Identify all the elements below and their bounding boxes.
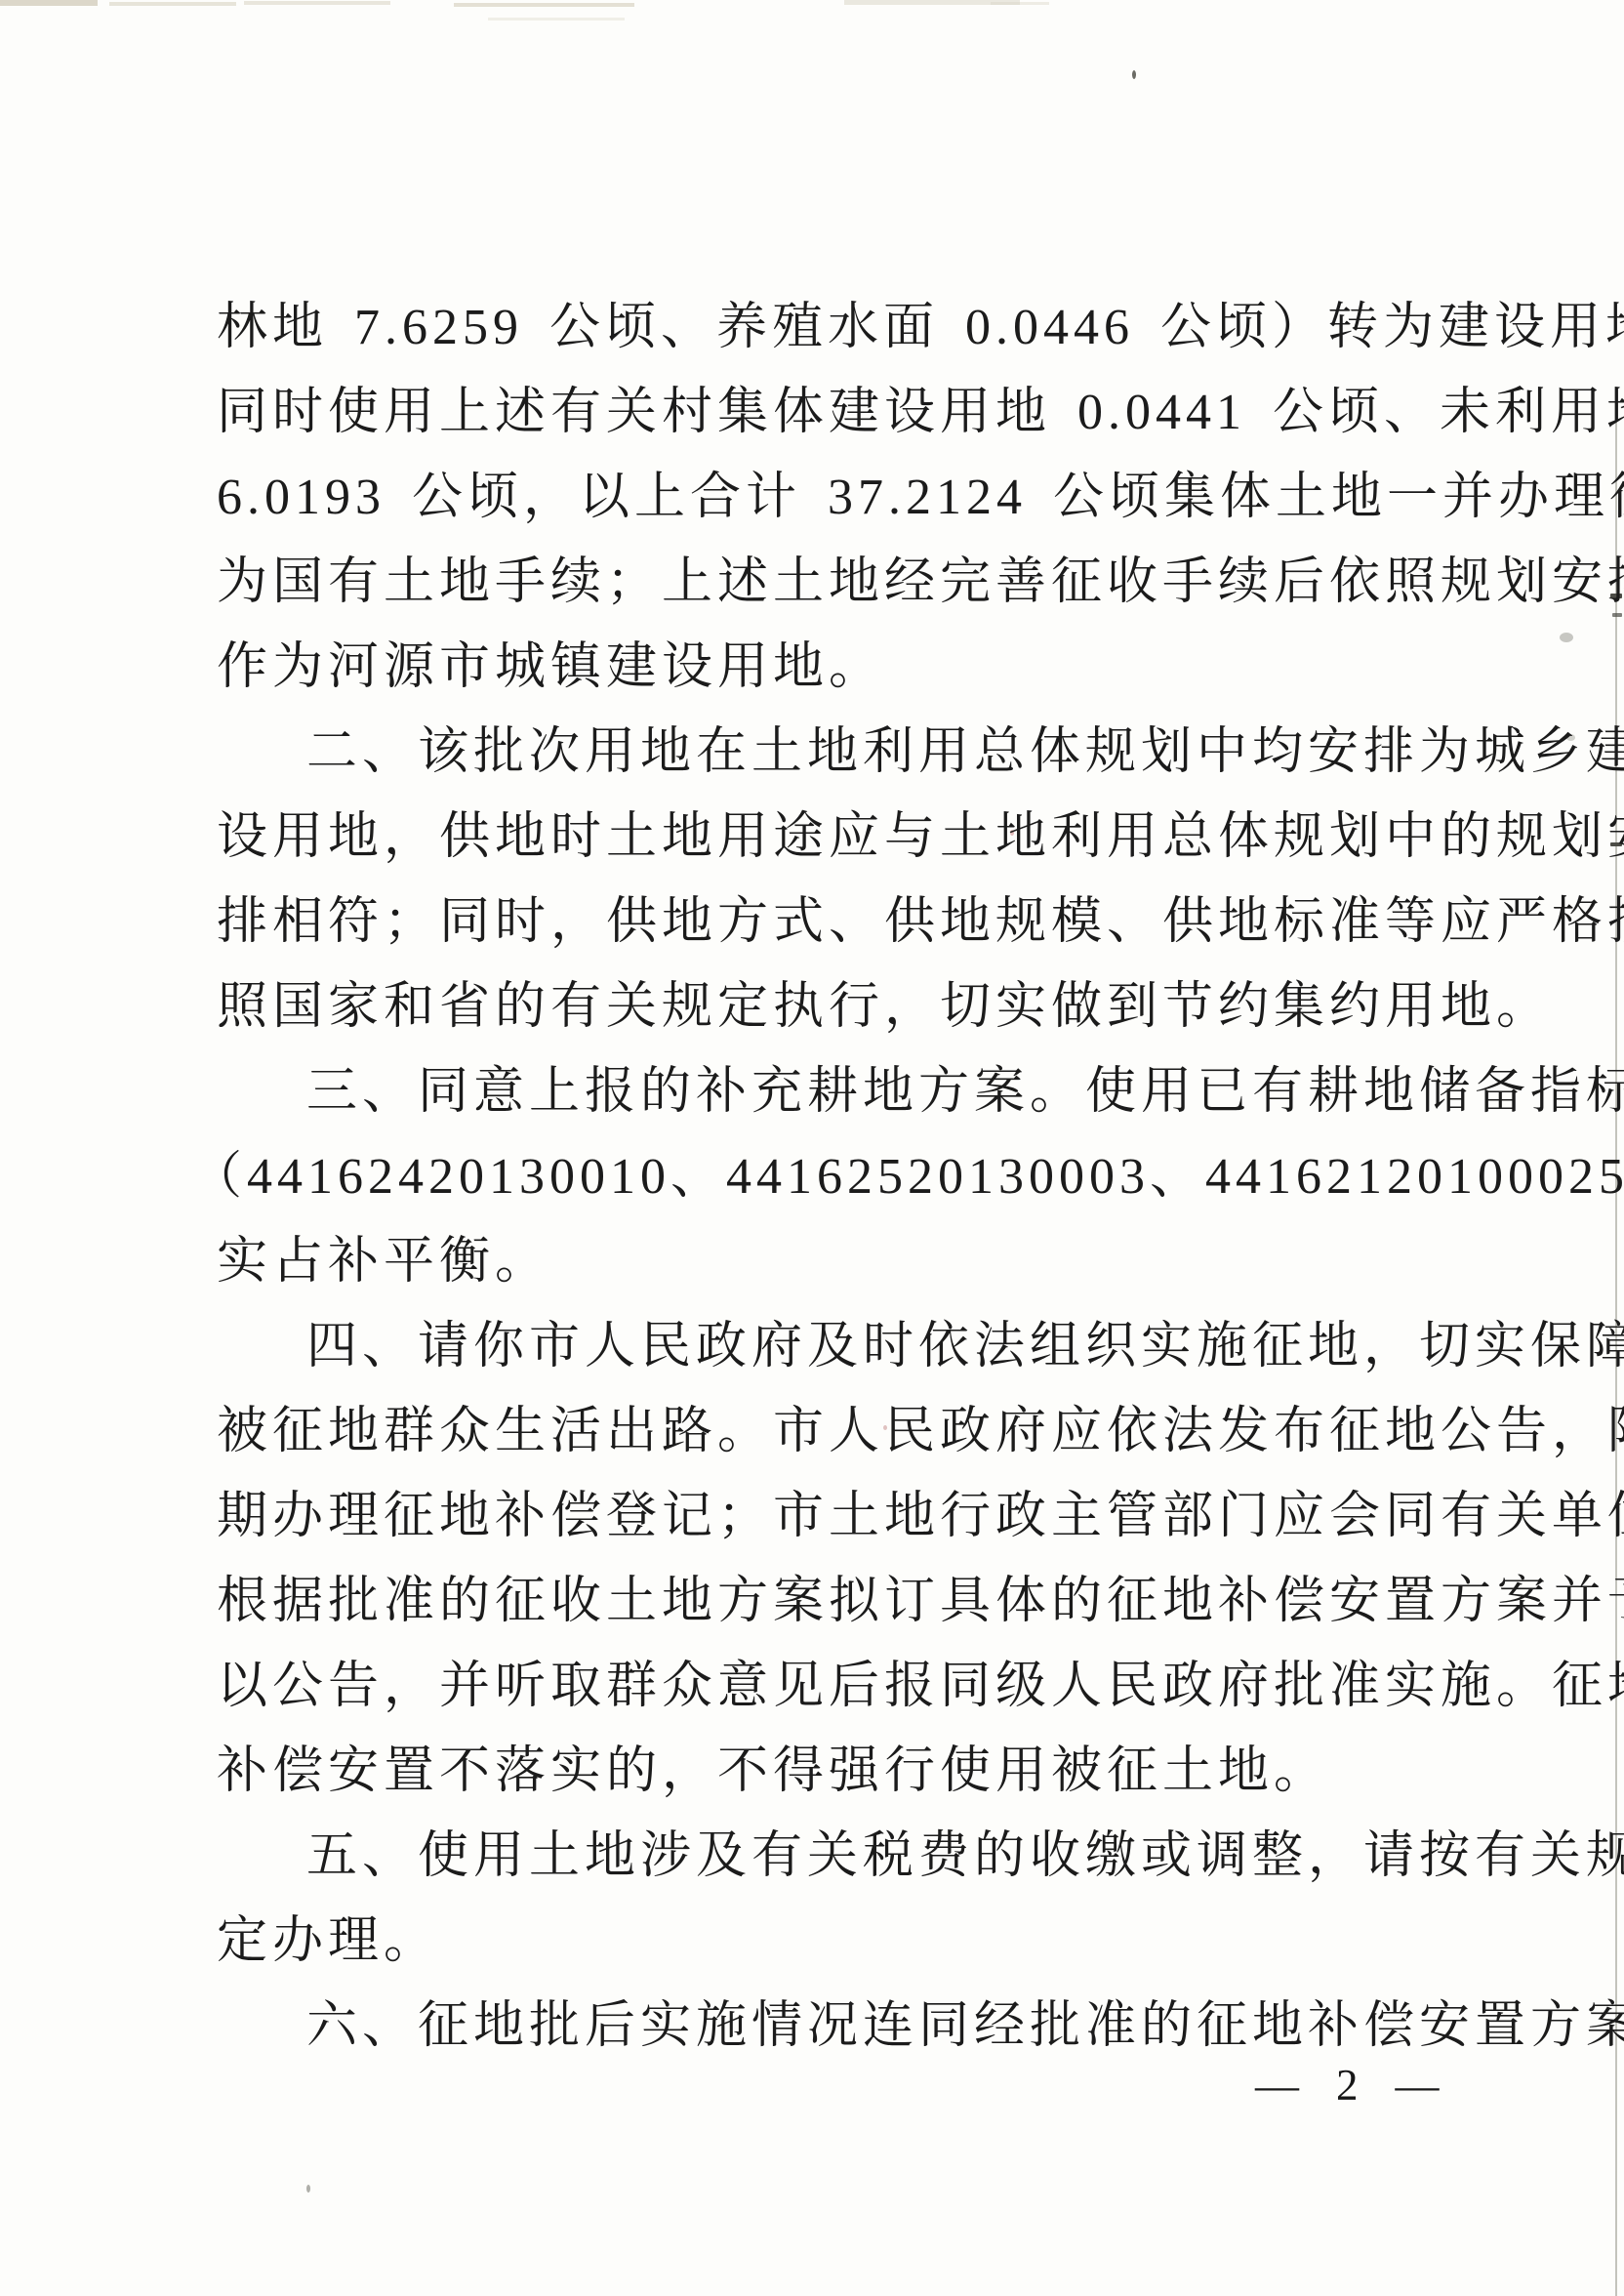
document-line: 定办理。 — [217, 1899, 1437, 1984]
document-line: 设用地，供地时土地用途应与土地利用总体规划中的规划安 — [217, 795, 1437, 880]
document-line: 六、征地批后实施情况连同经批准的征地补偿安置方案 — [217, 1984, 1437, 2069]
footer-dash-left: — — [1255, 2060, 1299, 2111]
document-line: 五、使用土地涉及有关税费的收缴或调整，请按有关规 — [217, 1814, 1437, 1899]
scan-speck — [1132, 70, 1136, 79]
scan-speck — [306, 2185, 310, 2193]
scan-streak — [454, 3, 634, 7]
document-line: 作为河源市城镇建设用地。 — [217, 625, 1437, 710]
document-line: 补偿安置不落实的，不得强行使用被征土地。 — [217, 1729, 1437, 1814]
document-line: 根据批准的征收土地方案拟订具体的征地补偿安置方案并予 — [217, 1559, 1437, 1644]
scan-streak — [0, 0, 98, 6]
document-line: 6.0193 公顷，以上合计 37.2124 公顷集体土地一并办理征收 — [217, 455, 1437, 540]
footer-dash-right: — — [1396, 2060, 1440, 2111]
document-line: （44162420130010、44162520130003、441621201… — [191, 1134, 1437, 1219]
scan-speck — [1560, 633, 1573, 642]
scanned-document-page: 林地 7.6259 公顷、养殖水面 0.0446 公顷）转为建设用地， 同时使用… — [0, 0, 1624, 2296]
scan-streak — [488, 18, 625, 20]
scan-streak — [244, 1, 390, 5]
document-line: 排相符；同时，供地方式、供地规模、供地标准等应严格按 — [217, 880, 1437, 964]
page-number-footer: — 2 — — [1255, 2056, 1440, 2114]
document-line: 为国有土地手续；上述土地经完善征收手续后依照规划安排 — [217, 540, 1437, 625]
scan-streak — [991, 2, 1049, 5]
scan-streak — [109, 2, 236, 6]
document-line: 二、该批次用地在土地利用总体规划中均安排为城乡建 — [217, 710, 1437, 795]
document-line: 三、同意上报的补充耕地方案。使用已有耕地储备指标 — [217, 1049, 1437, 1134]
document-body: 林地 7.6259 公顷、养殖水面 0.0446 公顷）转为建设用地， 同时使用… — [217, 285, 1437, 2069]
page-number: 2 — [1336, 2060, 1359, 2111]
document-line: 四、请你市人民政府及时依法组织实施征地，切实保障 — [217, 1304, 1437, 1389]
document-line: 林地 7.6259 公顷、养殖水面 0.0446 公顷）转为建设用地， — [217, 285, 1437, 370]
document-line: 照国家和省的有关规定执行，切实做到节约集约用地。 — [217, 964, 1437, 1049]
document-line: 被征地群众生活出路。市人民政府应依法发布征地公告，限 — [217, 1389, 1437, 1474]
document-line: 同时使用上述有关村集体建设用地 0.0441 公顷、未利用地 — [217, 370, 1437, 455]
document-line: 实占补平衡。 — [217, 1219, 1437, 1304]
document-line: 以公告，并听取群众意见后报同级人民政府批准实施。征地 — [217, 1644, 1437, 1729]
scan-tick — [1612, 613, 1622, 617]
document-line: 期办理征地补偿登记；市土地行政主管部门应会同有关单位 — [217, 1474, 1437, 1559]
